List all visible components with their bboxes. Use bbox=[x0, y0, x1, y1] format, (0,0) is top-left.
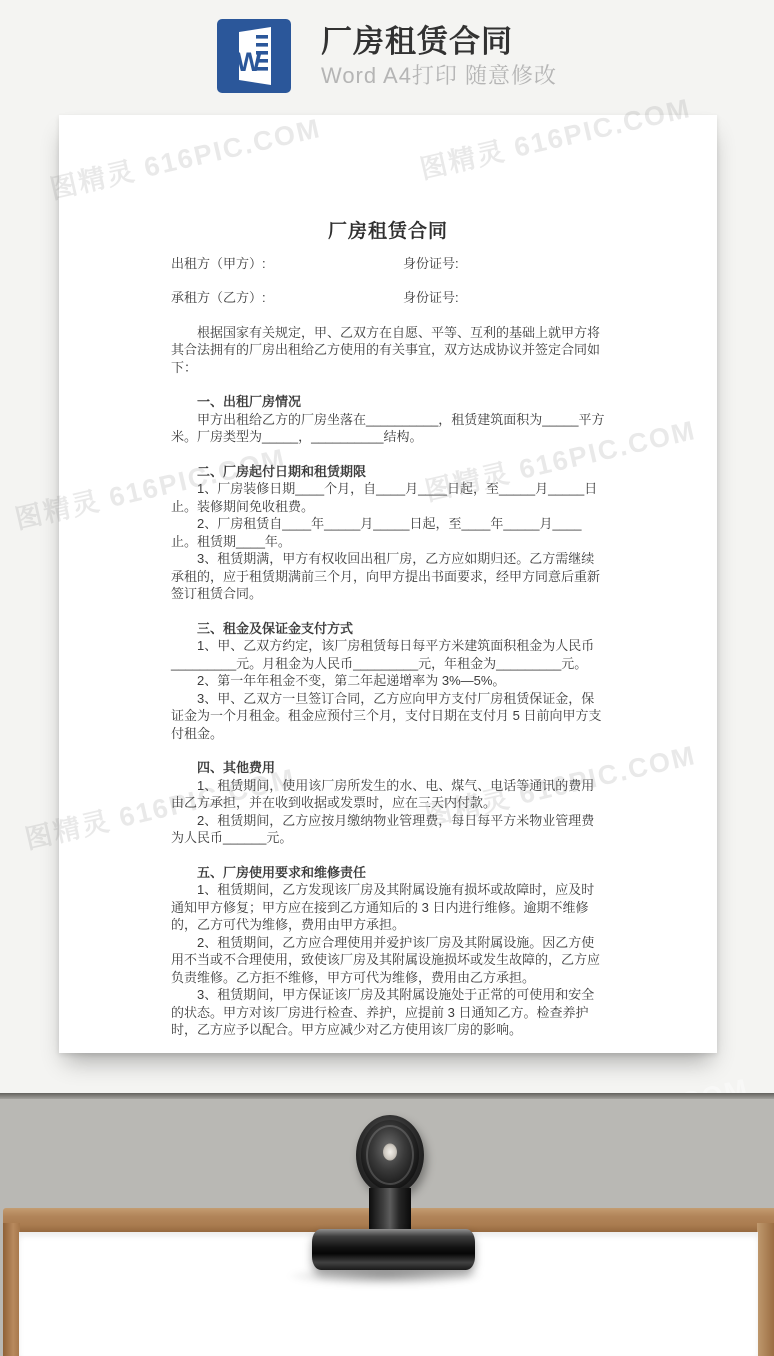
contract-section: 一、出租厂房情况 甲方出租给乙方的厂房坐落在__________，租赁建筑面积为… bbox=[171, 393, 605, 446]
lessee-id-label: 身份证号: bbox=[403, 289, 459, 307]
svg-text:W: W bbox=[236, 47, 262, 77]
template-preview-page: { "header": { "title": "厂房租赁合同", "subtit… bbox=[0, 0, 774, 1356]
contract-paragraph: 3、甲、乙双方一旦签订合同，乙方应向甲方支付厂房租赁保证金，保证金为一个月租金。… bbox=[171, 690, 605, 743]
clip-hole bbox=[383, 1143, 397, 1160]
contract-section: 二、厂房起付日期和租赁期限 1、厂房装修日期____个月，自____月____日… bbox=[171, 463, 605, 603]
lessor-label: 出租方（甲方）: bbox=[171, 255, 403, 273]
page-subtitle: Word A4打印 随意修改 bbox=[321, 63, 557, 88]
party-row-lessee: 承租方（乙方）: 身份证号: bbox=[171, 289, 605, 307]
clipboard-wood-right bbox=[757, 1223, 774, 1356]
contract-paragraph: 甲方出租给乙方的厂房坐落在__________，租赁建筑面积为_____平方米。… bbox=[171, 411, 605, 446]
party-row-lessor: 出租方（甲方）: 身份证号: bbox=[171, 255, 605, 273]
contract-paragraph: 2、厂房租赁自____年_____月_____日起，至____年_____月__… bbox=[171, 515, 605, 550]
contract-sections: 一、出租厂房情况 甲方出租给乙方的厂房坐落在__________，租赁建筑面积为… bbox=[171, 393, 605, 1039]
page-title: 厂房租赁合同 bbox=[321, 24, 557, 60]
contract-paragraph: 3、租赁期间，甲方保证该厂房及其附属设施处于正常的可使用和安全的状态。甲方对该厂… bbox=[171, 986, 605, 1039]
section-heading: 四、其他费用 bbox=[171, 759, 605, 777]
contract-paragraph: 1、甲、乙双方约定，该厂房租赁每日每平方米建筑面积租金为人民币_________… bbox=[171, 637, 605, 672]
contract-section: 五、厂房使用要求和维修责任 1、租赁期间，乙方发现该厂房及其附属设施有损坏或故障… bbox=[171, 864, 605, 1039]
word-file-icon: W bbox=[217, 19, 291, 93]
clipboard-wood-left bbox=[3, 1223, 20, 1356]
section-heading: 五、厂房使用要求和维修责任 bbox=[171, 864, 605, 882]
contract-section: 四、其他费用 1、租赁期间，使用该厂房所发生的水、电、煤气、电话等通讯的费用由乙… bbox=[171, 759, 605, 847]
lessor-id-label: 身份证号: bbox=[403, 255, 459, 273]
contract-section: 三、租金及保证金支付方式 1、甲、乙双方约定，该厂房租赁每日每平方米建筑面积租金… bbox=[171, 620, 605, 743]
contract-paragraph: 2、第一年年租金不变，第二年起递增率为 3%—5%。 bbox=[171, 672, 605, 690]
lessee-label: 承租方（乙方）: bbox=[171, 289, 403, 307]
clipboard-photo bbox=[0, 1093, 774, 1356]
bulldog-clip-bar bbox=[312, 1229, 475, 1270]
contract-title: 厂房租赁合同 bbox=[171, 223, 605, 241]
section-paragraphs: 1、租赁期间，使用该厂房所发生的水、电、煤气、电话等通讯的费用由乙方承担，并在收… bbox=[171, 777, 605, 847]
contract-body: 厂房租赁合同 出租方（甲方）: 身份证号: 承租方（乙方）: 身份证号: 根据国… bbox=[171, 223, 605, 1039]
contract-paragraph: 3、租赁期满，甲方有权收回出租厂房，乙方应如期归还。乙方需继续承租的，应于租赁期… bbox=[171, 550, 605, 603]
contract-paragraph: 2、租赁期间，乙方应合理使用并爱护该厂房及其附属设施。因乙方使用不当或不合理使用… bbox=[171, 934, 605, 987]
contract-paragraph: 1、厂房装修日期____个月，自____月____日起，至_____月_____… bbox=[171, 480, 605, 515]
section-paragraphs: 1、厂房装修日期____个月，自____月____日起，至_____月_____… bbox=[171, 480, 605, 603]
section-paragraphs: 甲方出租给乙方的厂房坐落在__________，租赁建筑面积为_____平方米。… bbox=[171, 411, 605, 446]
page-header: W 厂房租赁合同 Word A4打印 随意修改 bbox=[0, 0, 774, 112]
section-heading: 三、租金及保证金支付方式 bbox=[171, 620, 605, 638]
section-heading: 二、厂房起付日期和租赁期限 bbox=[171, 463, 605, 481]
section-paragraphs: 1、租赁期间，乙方发现该厂房及其附属设施有损坏或故障时，应及时通知甲方修复；甲方… bbox=[171, 881, 605, 1039]
photo-top-edge bbox=[0, 1093, 774, 1099]
contract-paragraph: 1、租赁期间，乙方发现该厂房及其附属设施有损坏或故障时，应及时通知甲方修复；甲方… bbox=[171, 881, 605, 934]
section-heading: 一、出租厂房情况 bbox=[171, 393, 605, 411]
section-paragraphs: 1、甲、乙双方约定，该厂房租赁每日每平方米建筑面积租金为人民币_________… bbox=[171, 637, 605, 742]
bulldog-clip-head bbox=[356, 1115, 424, 1195]
document-preview-sheet: 厂房租赁合同 出租方（甲方）: 身份证号: 承租方（乙方）: 身份证号: 根据国… bbox=[59, 115, 717, 1053]
contract-intro: 根据国家有关规定，甲、乙双方在自愿、平等、互利的基础上就甲方将其合法拥有的厂房出… bbox=[171, 324, 605, 377]
contract-paragraph: 2、租赁期间，乙方应按月缴纳物业管理费，每日每平方米物业管理费为人民币_____… bbox=[171, 812, 605, 847]
contract-paragraph: 1、租赁期间，使用该厂房所发生的水、电、煤气、电话等通讯的费用由乙方承担，并在收… bbox=[171, 777, 605, 812]
